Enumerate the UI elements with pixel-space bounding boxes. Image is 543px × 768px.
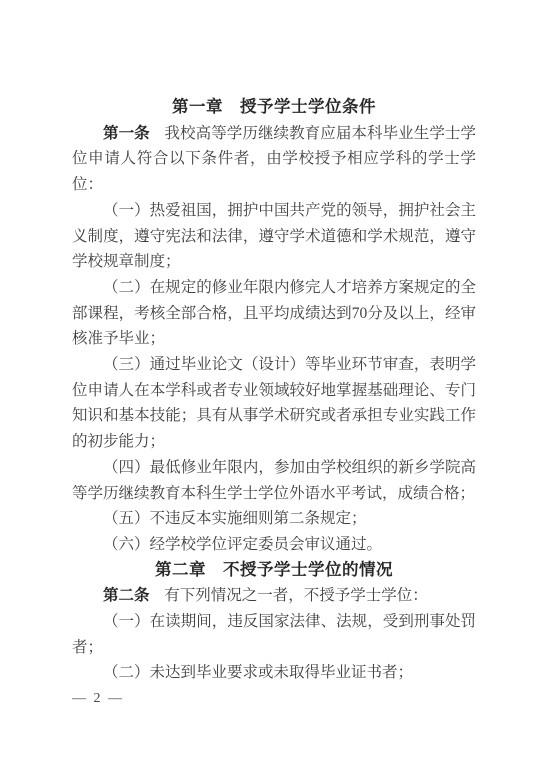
- article-number: 第一条: [103, 125, 150, 142]
- body-paragraph: （六）经学校学位评定委员会审议通过。: [72, 532, 476, 558]
- body-paragraph: （五）不违反本实施细则第二条规定；: [72, 506, 476, 532]
- article-paragraph: 第二条有下列情况之一者，不授予学士学位：: [72, 583, 476, 609]
- body-paragraph: （一）热爱祖国，拥护中国共产党的领导，拥护社会主义制度，遵守宪法和法律，遵守学术…: [72, 198, 476, 275]
- body-paragraph: （二）未达到毕业要求或未取得毕业证书者；: [72, 660, 476, 686]
- chapter-heading: 第一章 授予学士学位条件: [72, 95, 476, 121]
- chapter-heading: 第二章 不授予学士学位的情况: [72, 558, 476, 584]
- page-number: — 2 —: [72, 691, 124, 707]
- body-paragraph: （三）通过毕业论文（设计）等毕业环节审查，表明学位申请人在本学科或者专业领域较好…: [72, 352, 476, 455]
- article-paragraph: 第一条我校高等学历继续教育应届本科毕业生学士学位申请人符合以下条件者，由学校授予…: [72, 121, 476, 198]
- body-paragraph: （一）在读期间，违反国家法律、法规，受到刑事处罚者；: [72, 609, 476, 660]
- document-body: 第一章 授予学士学位条件第一条我校高等学历继续教育应届本科毕业生学士学位申请人符…: [72, 95, 476, 686]
- document-page: 第一章 授予学士学位条件第一条我校高等学历继续教育应届本科毕业生学士学位申请人符…: [0, 0, 543, 768]
- article-number: 第二条: [103, 587, 150, 604]
- body-paragraph: （二）在规定的修业年限内修完人才培养方案规定的全部课程，考核全部合格，且平均成绩…: [72, 275, 476, 352]
- body-paragraph: （四）最低修业年限内，参加由学校组织的新乡学院高等学历继续教育本科生学士学位外语…: [72, 455, 476, 506]
